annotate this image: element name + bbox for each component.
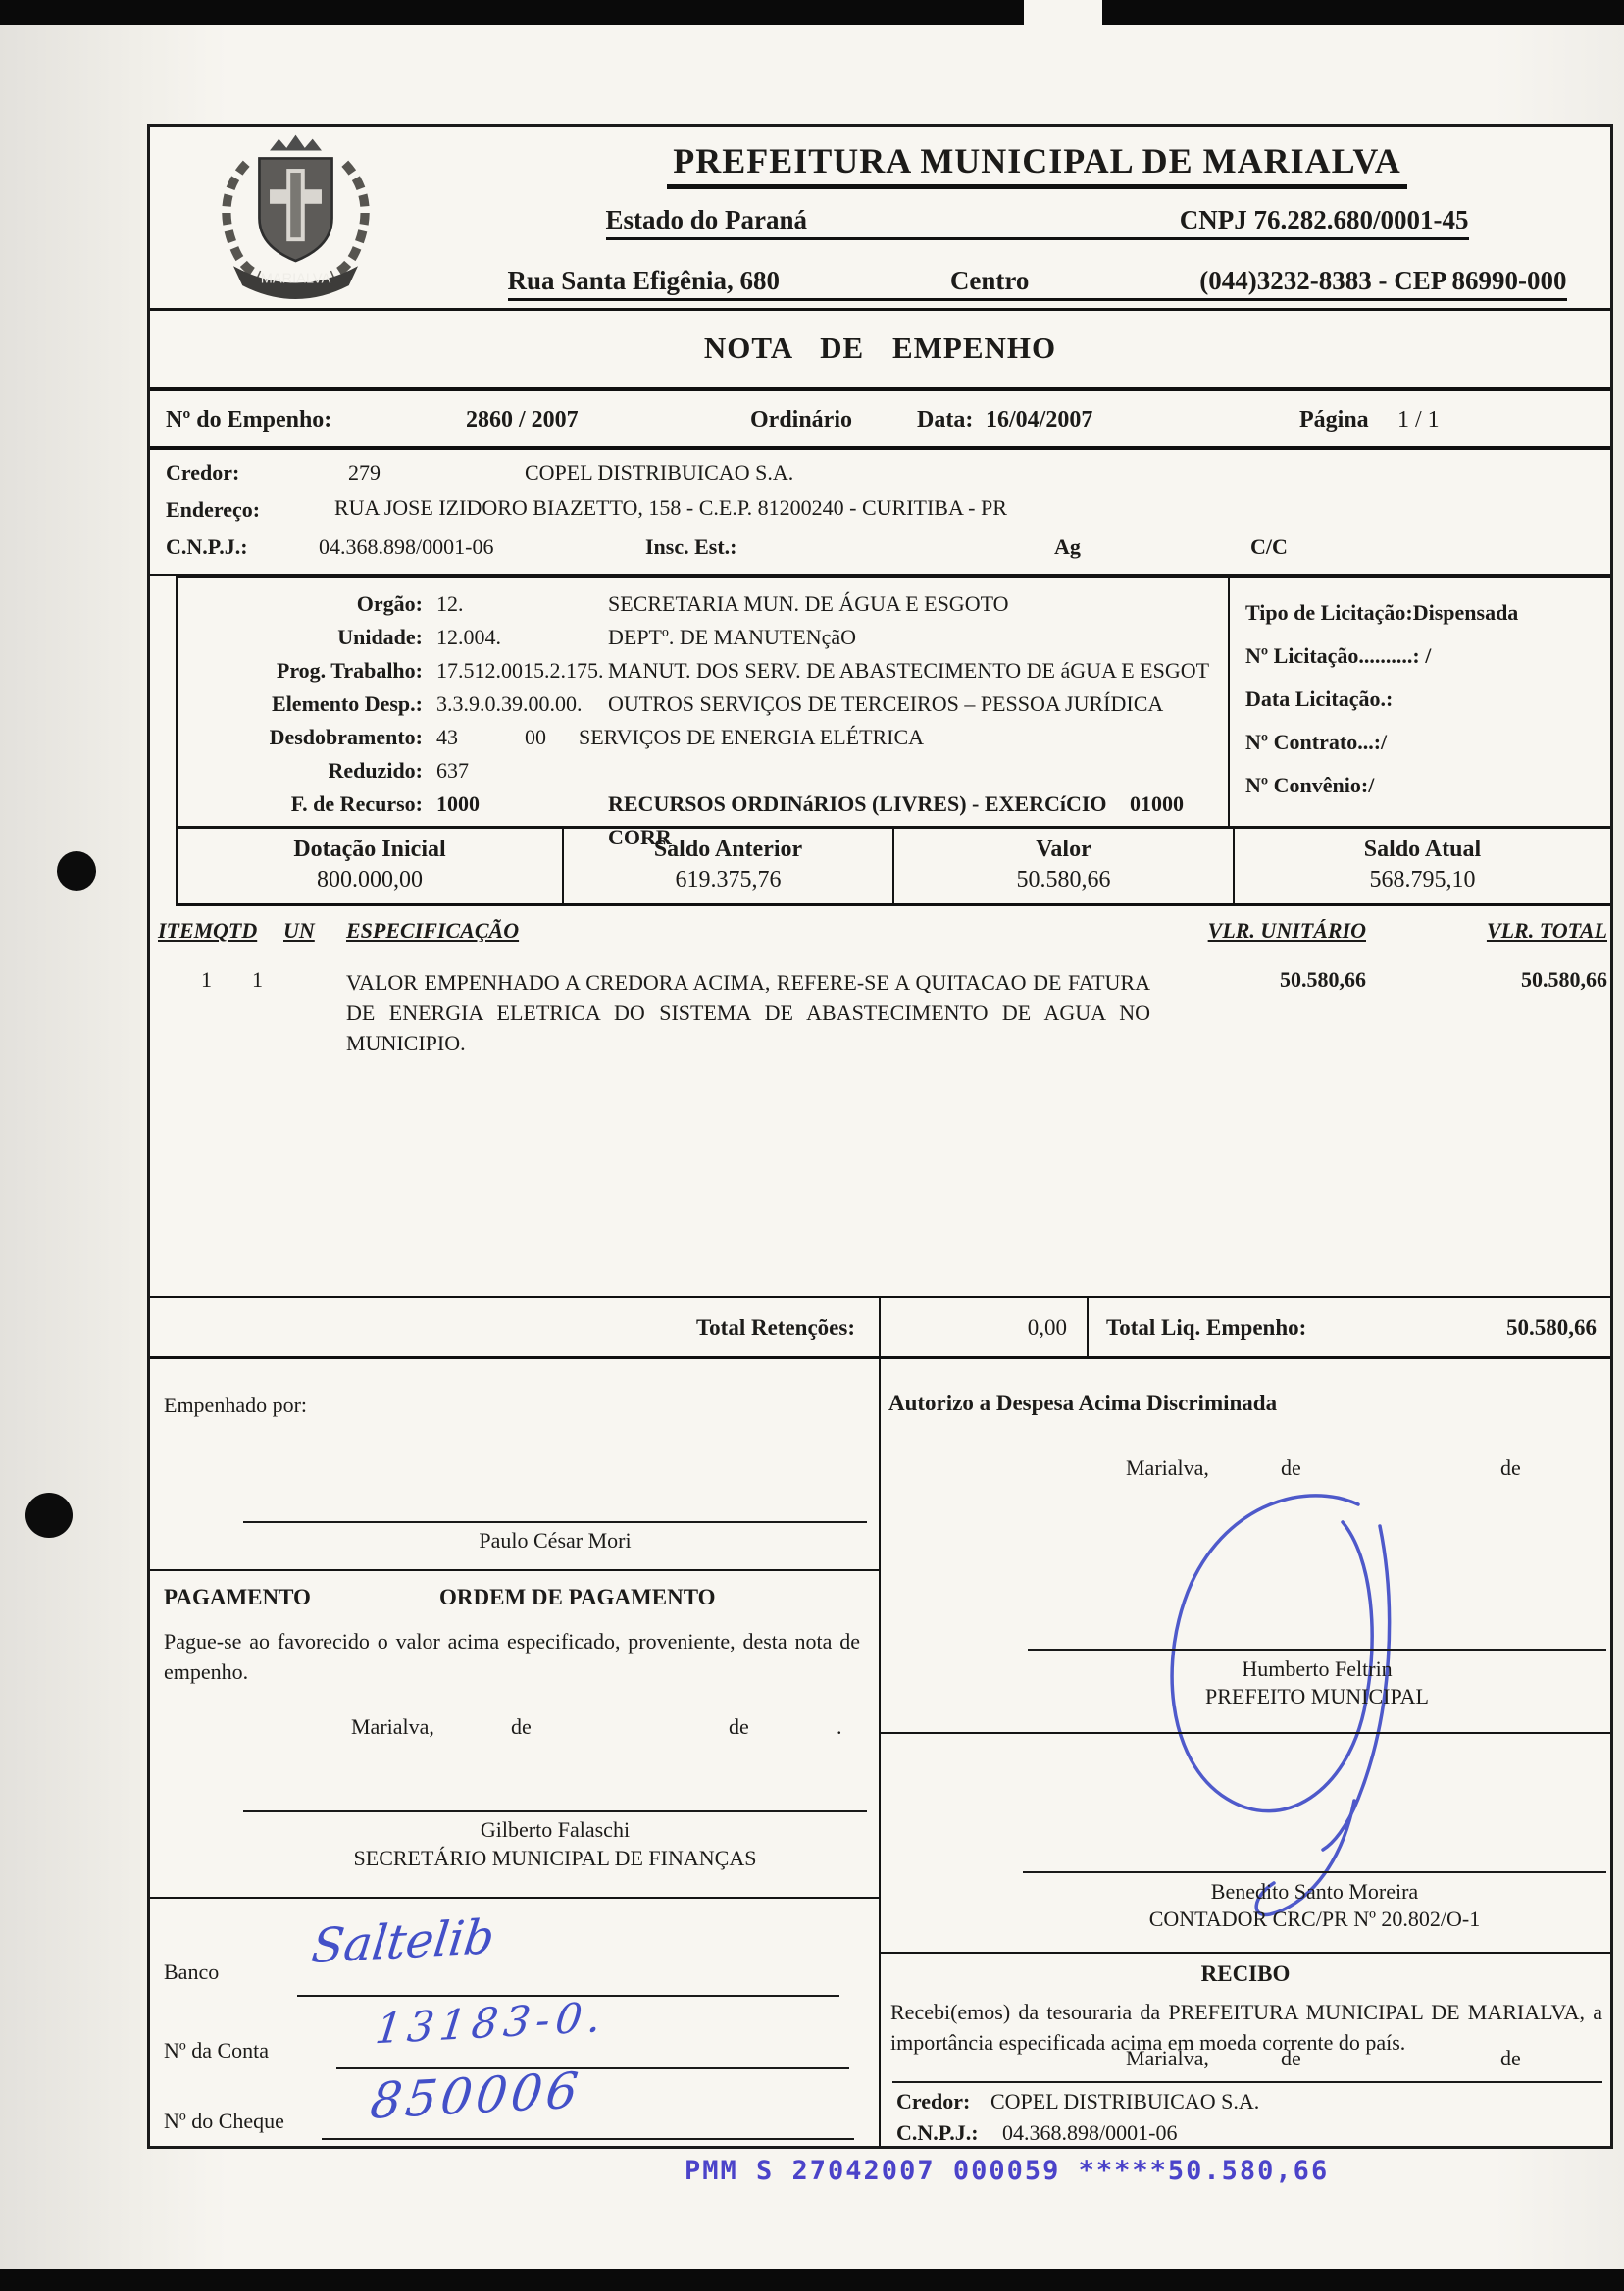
city-line-city: Marialva, (351, 1714, 434, 1740)
city-line-de1: de (511, 1714, 532, 1740)
signature-line-recibo-credor (892, 2081, 1602, 2083)
signatures-section: Empenhado por: Paulo César Mori PAGAMENT… (150, 1359, 1610, 2146)
crest-graphic: MARIALVA (166, 132, 426, 305)
empenhado-signer-name: Paulo César Mori (243, 1528, 867, 1553)
row-code2: 00 (525, 721, 579, 754)
col-header-un: UN (283, 918, 315, 943)
item-unit-value: 50.580,66 (1170, 967, 1366, 993)
row-label: Elemento Desp.: (178, 687, 423, 721)
dot-matrix-print: PMM S 27042007 000059 *****50.580,66 (685, 2156, 1329, 2186)
page-number-label: Página (1299, 407, 1369, 433)
pagamento-label: PAGAMENTO (164, 1585, 311, 1610)
account-label: C/C (1250, 535, 1288, 560)
recibo-credor-name: COPEL DISTRIBUICAO S.A. (990, 2089, 1259, 2114)
divider-banco (150, 1897, 879, 1899)
row-code: 12. (436, 587, 608, 621)
contador-name: Benedito Santo Moreira (1023, 1879, 1606, 1905)
row-label: Orgão: (178, 587, 423, 621)
punch-hole-top (57, 851, 96, 891)
total-retencoes-value: 0,00 (881, 1298, 1089, 1356)
balance-value: 50.580,66 (894, 867, 1233, 893)
autorizo-label: Autorizo a Despesa Acima Discriminada (888, 1391, 1277, 1416)
classification-row-desdobramento: Desdobramento: 43 00 SERVIÇOS DE ENERGIA… (178, 721, 1228, 754)
divider-below-prefeito (881, 1732, 1610, 1734)
scan-bottom-bar (0, 2269, 1624, 2291)
balance-valor: Valor 50.580,66 (894, 829, 1235, 903)
col-header-item: ITEM (158, 918, 213, 943)
banco-label: Banco (164, 1960, 219, 1985)
recibo-de2: de (1500, 2046, 1521, 2071)
total-liq-cell: Total Liq. Empenho: 50.580,66 (1089, 1298, 1610, 1356)
conta-label: Nº da Conta (164, 2038, 269, 2063)
header-state-cnpj-row: Estado do Paraná CNPJ 76.282.680/0001-45 (606, 205, 1469, 240)
balance-label: Saldo Anterior (564, 837, 892, 863)
row-desc: OUTROS SERVIÇOS DE TERCEIROS – PESSOA JU… (608, 687, 1163, 721)
recibo-de1: de (1281, 2046, 1301, 2071)
crest-ribbon-text: MARIALVA (261, 272, 331, 287)
page-title: PREFEITURA MUNICIPAL DE MARIALVA (667, 140, 1406, 189)
bidding-type: Tipo de Licitação:Dispensada (1245, 591, 1610, 635)
agency-label: Ag (1054, 535, 1081, 560)
scan-top-bar-right (1102, 0, 1624, 25)
balance-label: Saldo Atual (1235, 837, 1610, 863)
row-desc: SERVIÇOS DE ENERGIA ELÉTRICA (579, 721, 924, 754)
creditor-code: 279 (348, 460, 381, 485)
document-title: NOTA DE EMPENHO (150, 311, 1610, 366)
state-registration-label: Insc. Est.: (645, 535, 737, 560)
row-code: 43 (436, 721, 525, 754)
cheque-handwriting: 850006 (368, 2062, 585, 2130)
bidding-date: Data Licitação.: (1245, 678, 1610, 721)
banco-handwriting: Saltelib (309, 1909, 498, 1974)
signature-line-empenhado (243, 1521, 867, 1523)
total-retencoes-label: Total Retenções: (150, 1298, 881, 1356)
balance-saldo-atual: Saldo Atual 568.795,10 (1235, 829, 1610, 903)
balance-label: Valor (894, 837, 1233, 863)
item-number: 1 (201, 967, 212, 993)
empenho-type: Ordinário (750, 407, 852, 433)
creditor-cnpj: 04.368.898/0001-06 (319, 535, 493, 560)
col-header-especificacao: ESPECIFICAÇÃO (346, 918, 519, 943)
recibo-credor-label: Credor: (896, 2089, 970, 2114)
street-address: Rua Santa Efigênia, 680 (508, 266, 781, 296)
classification-area: Orgão: 12. SECRETARIA MUN. DE ÁGUA E ESG… (178, 578, 1610, 829)
item-total-value: 50.580,66 (1425, 967, 1607, 993)
pague-se-text: Pague-se ao favorecido o valor acima esp… (164, 1626, 860, 1687)
phone-cep: (044)3232-8383 - CEP 86990-000 (1199, 266, 1566, 296)
classification-row-reduzido: Reduzido: 637 (178, 754, 1228, 788)
punch-hole-bottom (25, 1493, 73, 1538)
balance-saldo-anterior: Saldo Anterior 619.375,76 (564, 829, 894, 903)
secretario-title: SECRETÁRIO MUNICIPAL DE FINANÇAS (243, 1846, 867, 1871)
col-header-qtd: QTD (213, 918, 257, 943)
classification-row-elemento: Elemento Desp.: 3.3.9.0.39.00.00. OUTROS… (178, 687, 1228, 721)
budget-classification-box: Orgão: 12. SECRETARIA MUN. DE ÁGUA E ESG… (176, 576, 1610, 906)
nota-de-empenho-document: MARIALVA PREFEITURA MUNICIPAL DE MARIALV… (147, 124, 1613, 2149)
row-code: 3.3.9.0.39.00.00. (436, 687, 608, 721)
row-desc: SECRETARIA MUN. DE ÁGUA E ESGOTO (608, 587, 1009, 621)
signature-line-secretario (243, 1810, 867, 1812)
recibo-cnpj-value: 04.368.898/0001-06 (1002, 2120, 1177, 2146)
scanned-page: MARIALVA PREFEITURA MUNICIPAL DE MARIALV… (0, 0, 1624, 2291)
balance-value: 619.375,76 (564, 867, 892, 893)
item-quantity: 1 (252, 967, 263, 993)
authorization-column: Autorizo a Despesa Acima Discriminada Ma… (881, 1359, 1610, 2146)
ordem-de-pagamento-label: ORDEM DE PAGAMENTO (439, 1585, 716, 1610)
totals-row: Total Retenções: 0,00 Total Liq. Empenho… (150, 1298, 1610, 1359)
creditor-label: Credor: (166, 460, 239, 485)
empenho-number-value: 2860 / 2007 (466, 407, 579, 433)
page-number-value: 1 / 1 (1397, 407, 1440, 433)
creditor-address-label: Endereço: (166, 497, 260, 523)
conta-handwriting: 13183-0. (373, 1993, 610, 2054)
auth-de2: de (1500, 1455, 1521, 1481)
header-text-block: PREFEITURA MUNICIPAL DE MARIALVA Estado … (464, 127, 1610, 301)
creditor-address: RUA JOSE IZIDORO BIAZETTO, 158 - C.E.P. … (334, 495, 1007, 521)
row-desc: DEPTº. DE MANUTENçãO (608, 621, 856, 654)
state-label: Estado do Paraná (606, 205, 808, 235)
row-code: 17.512.0015.2.175. (436, 654, 608, 687)
header-address-row: Rua Santa Efigênia, 680 Centro (044)3232… (508, 266, 1567, 301)
conta-line (336, 2067, 849, 2069)
creditor-name: COPEL DISTRIBUICAO S.A. (525, 460, 793, 485)
col-header-vlr-unitario: VLR. UNITÁRIO (1170, 918, 1366, 943)
balance-value: 800.000,00 (178, 867, 562, 893)
contador-title: CONTADOR CRC/PR Nº 20.802/O-1 (1023, 1907, 1606, 1932)
recibo-text: Recebi(emos) da tesouraria da PREFEITURA… (890, 1997, 1602, 2058)
divider-pagamento (150, 1569, 879, 1571)
agreement-number: Nº Convênio:/ (1245, 764, 1610, 807)
auth-de1: de (1281, 1455, 1301, 1481)
item-description: VALOR EMPENHADO A CREDORA ACIMA, REFERE-… (346, 967, 1150, 1058)
row-label: Reduzido: (178, 754, 423, 788)
classification-row-unidade: Unidade: 12.004. DEPTº. DE MANUTENçãO (178, 621, 1228, 654)
row-code: 637 (436, 754, 608, 788)
signature-line-prefeito (1028, 1649, 1606, 1651)
row-label: Unidade: (178, 621, 423, 654)
recibo-title: RECIBO (881, 1961, 1610, 1987)
cheque-line (322, 2138, 854, 2140)
bidding-number: Nº Licitação..........: / (1245, 635, 1610, 678)
cheque-label: Nº do Cheque (164, 2109, 284, 2134)
empenho-number-row: Nº do Empenho: 2860 / 2007 Ordinário Dat… (150, 391, 1610, 450)
balance-label: Dotação Inicial (178, 837, 562, 863)
city-line-de2: de (729, 1714, 749, 1740)
city-line-period: . (837, 1714, 842, 1740)
payment-column: Empenhado por: Paulo César Mori PAGAMENT… (150, 1359, 881, 2146)
total-liq-label: Total Liq. Empenho: (1106, 1315, 1306, 1341)
row-label: Prog. Trabalho: (178, 654, 423, 687)
bidding-info-column: Tipo de Licitação:Dispensada Nº Licitaçã… (1228, 578, 1610, 826)
recibo-cnpj-label: C.N.P.J.: (896, 2120, 979, 2146)
items-table: ITEM QTD UN ESPECIFICAÇÃO VLR. UNITÁRIO … (150, 906, 1610, 1298)
balances-row: Dotação Inicial 800.000,00 Saldo Anterio… (178, 829, 1610, 906)
document-title-band: NOTA DE EMPENHO (150, 311, 1610, 391)
scan-top-bar-left (0, 0, 1024, 25)
empenhado-por-label: Empenhado por: (164, 1393, 307, 1418)
auth-city: Marialva, (1126, 1455, 1209, 1481)
signature-line-contador (1023, 1871, 1606, 1873)
municipal-crest-logo: MARIALVA (166, 132, 426, 305)
document-header: MARIALVA PREFEITURA MUNICIPAL DE MARIALV… (150, 127, 1610, 311)
date-label: Data: (917, 407, 973, 433)
creditor-cnpj-label: C.N.P.J.: (166, 535, 248, 560)
balance-value: 568.795,10 (1235, 867, 1610, 893)
cnpj-label: CNPJ 76.282.680/0001-45 (1180, 205, 1469, 235)
district: Centro (950, 266, 1030, 296)
prefeito-name: Humberto Feltrin (1028, 1656, 1606, 1682)
prefeito-title: PREFEITO MUNICIPAL (1028, 1684, 1606, 1709)
date-value: 16/04/2007 (986, 407, 1092, 433)
col-header-vlr-total: VLR. TOTAL (1425, 918, 1607, 943)
divider-recibo (881, 1952, 1610, 1954)
recibo-city: Marialva, (1126, 2046, 1209, 2071)
row-label: Desdobramento: (178, 721, 423, 754)
row-code: 12.004. (436, 621, 608, 654)
classification-row-orgao: Orgão: 12. SECRETARIA MUN. DE ÁGUA E ESG… (178, 587, 1228, 621)
row-desc: MANUT. DOS SERV. DE ABASTECIMENTO DE áGU… (608, 654, 1209, 687)
classification-row-prog-trabalho: Prog. Trabalho: 17.512.0015.2.175. MANUT… (178, 654, 1228, 687)
contract-number: Nº Contrato...:/ (1245, 721, 1610, 764)
balance-dotacao-inicial: Dotação Inicial 800.000,00 (178, 829, 564, 903)
creditor-section: Credor: 279 COPEL DISTRIBUICAO S.A. Ende… (150, 450, 1610, 576)
secretario-name: Gilberto Falaschi (243, 1817, 867, 1843)
classification-rows: Orgão: 12. SECRETARIA MUN. DE ÁGUA E ESG… (178, 578, 1228, 826)
empenho-number-label: Nº do Empenho: (166, 407, 331, 433)
total-liq-value: 50.580,66 (1506, 1315, 1597, 1341)
